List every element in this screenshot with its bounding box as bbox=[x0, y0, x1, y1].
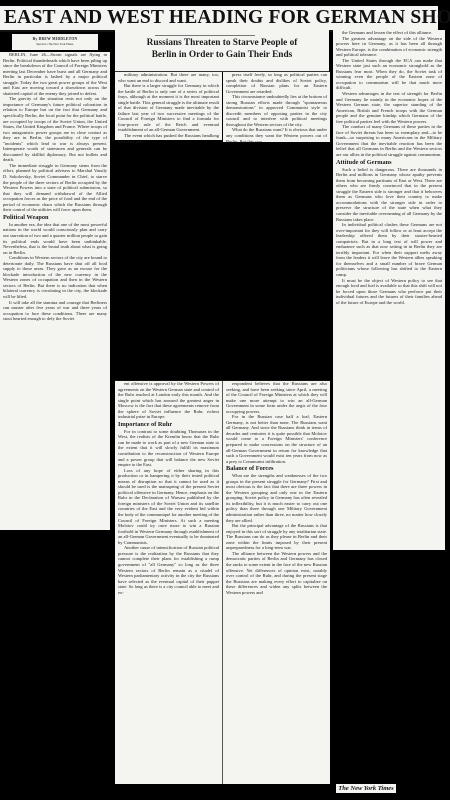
paragraph: respondent believes that the Russians ar… bbox=[226, 381, 327, 414]
paragraph: For in contrast to some doubting Thomase… bbox=[118, 429, 219, 468]
paragraph: the Germans and lessen the effect of thi… bbox=[336, 30, 442, 36]
paragraph: The conduct of many Germans of these par… bbox=[336, 124, 442, 157]
paragraph: But the principal advantage of the Russi… bbox=[226, 523, 327, 551]
paragraph: For in the Russian case half a loaf, Eas… bbox=[226, 414, 327, 464]
paragraph: military administration. But there are m… bbox=[118, 72, 219, 83]
paragraph: The immediate struggle in Germany stems … bbox=[3, 163, 107, 213]
paragraph: In another era, the idea that one of the… bbox=[3, 222, 107, 255]
paragraph: This circumstance undoubtedly lies at th… bbox=[226, 94, 327, 127]
nyt-logo: The New York Times bbox=[336, 784, 396, 793]
byline-inner: By DREW MIDDLETON Special to The New Yor… bbox=[12, 34, 98, 50]
paragraph: Western advantages in the test of streng… bbox=[336, 91, 442, 124]
byline-box: By DREW MIDDLETON Special to The New Yor… bbox=[0, 32, 110, 52]
paragraph: The gravity of the situation rests not o… bbox=[3, 96, 107, 163]
paragraph: The alliance between the Western powers … bbox=[226, 551, 327, 595]
headline: EAST AND WEST HEADING FOR GERMAN SHOWDOW… bbox=[4, 6, 438, 30]
column-1: BERLIN, June 26—Storm signals are flying… bbox=[0, 52, 110, 530]
paragraph: But there is a larger struggle for Germa… bbox=[118, 83, 219, 133]
byline-credit: Special to The New York Times. bbox=[12, 42, 98, 46]
paragraph: Such a belief is dangerous. There are th… bbox=[336, 167, 442, 222]
subheadline-box: Russians Threaten to Starve People of Be… bbox=[115, 30, 329, 72]
paragraph: The United States through the ECA can ma… bbox=[336, 58, 442, 91]
paragraph: Conditions in Western sectors of the cit… bbox=[3, 255, 107, 299]
column-2-top: military administration. But there are m… bbox=[115, 72, 222, 140]
subheadline-line-1: Russians Threaten to Starve People of bbox=[115, 38, 329, 50]
subheadline-line-2: Berlin in Order to Gain Their Ends bbox=[115, 50, 329, 62]
column-4: the Germans and lessen the effect of thi… bbox=[333, 30, 445, 550]
section-subhead: Attitude of Germans bbox=[336, 159, 442, 167]
paragraph: BERLIN, June 26—Storm signals are flying… bbox=[3, 52, 107, 96]
paragraph: Loss of any hope of either sharing in th… bbox=[118, 468, 219, 546]
column-3-top: press itself freely, so long as politica… bbox=[223, 72, 330, 142]
paragraph: Another cause of intensification of Russ… bbox=[118, 545, 219, 595]
paragraph: The greatest advantage on the side of th… bbox=[336, 36, 442, 58]
paragraph: ent offensive is approval by the Western… bbox=[118, 381, 219, 420]
paragraph: What do the Russians want? It is obvious… bbox=[226, 127, 327, 144]
paragraph: press itself freely, so long as politica… bbox=[226, 72, 327, 94]
section-subhead: Balance of Forces bbox=[226, 465, 327, 473]
section-subhead: Political Weapon bbox=[3, 214, 107, 222]
subheadline-top-rule bbox=[155, 35, 255, 36]
column-2-bottom: ent offensive is approval by the Western… bbox=[115, 381, 222, 784]
paragraph: In individual political clashes these Ge… bbox=[336, 222, 442, 277]
paragraph: The event which has pushed the Russians … bbox=[118, 133, 219, 144]
paragraph: What are the strengths and weaknesses of… bbox=[226, 473, 327, 523]
paragraph: It will take all the stamina and courage… bbox=[3, 300, 107, 322]
section-subhead: Importance of Ruhr bbox=[118, 421, 219, 429]
column-3-bottom: respondent believes that the Russians ar… bbox=[223, 381, 330, 784]
headline-bar: EAST AND WEST HEADING FOR GERMAN SHOWDOW… bbox=[0, 6, 438, 32]
column-rule bbox=[222, 381, 223, 784]
paragraph: It must be the object of Western policy … bbox=[336, 278, 442, 306]
byline-author: By DREW MIDDLETON bbox=[12, 34, 98, 42]
